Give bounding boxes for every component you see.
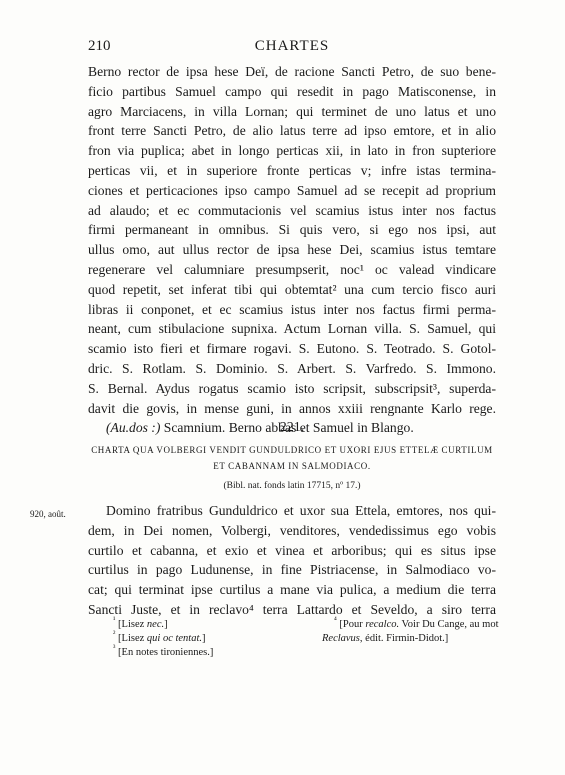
text-line: curtilo et cabanna, et exio et vinea et … bbox=[88, 541, 496, 561]
text-line: curtilus in pago Ludunense, in fine Pist… bbox=[88, 560, 496, 580]
footnote-mark: ⁴ bbox=[334, 615, 337, 624]
text-line: ad alaudo; et ec commutacionis vel scami… bbox=[88, 201, 496, 221]
text-line: dem, in Dei nomen, Volbergi, venditores,… bbox=[88, 521, 496, 541]
text-line: dric. S. Rotlam. S. Dominio. S. Arbert. … bbox=[88, 359, 496, 379]
charter-text: Domino fratribus Gunduldrico et uxor sua… bbox=[88, 501, 496, 620]
text-line: perticas vii, et in superiore fronte per… bbox=[88, 161, 496, 181]
charter-title: CHARTA QUA VOLBERGI VENDIT GUNDULDRICO E… bbox=[88, 442, 496, 474]
charter-title-line-1: CHARTA QUA VOLBERGI VENDIT GUNDULDRICO E… bbox=[88, 442, 496, 458]
footnote-3: ³ [En notes tironiennes.] bbox=[113, 646, 213, 660]
text-line: Domino fratribus Gunduldrico et uxor sua… bbox=[88, 501, 496, 521]
footnotes-right: ⁴ [Pour recalco. Voir Du Cange, au mot R… bbox=[322, 618, 512, 646]
footnotes-left: ¹ [Lisez nec.] ² [Lisez qui oc tentat.] … bbox=[113, 618, 213, 660]
text-line: ullus omo, aut ullus rector de ipsa hese… bbox=[88, 240, 496, 260]
page-header: 210 CHARTES bbox=[88, 38, 496, 58]
text-line: Sancti Juste, et in reclavo⁴ terra Latta… bbox=[88, 600, 496, 620]
text-line: regenerare vel calumniare presumpserit, … bbox=[88, 260, 496, 280]
text-line: Berno rector de ipsa hese Deï, de racion… bbox=[88, 62, 496, 82]
text-line: cat; qui terminat ipse curtilus a mane v… bbox=[88, 580, 496, 600]
charter-title-line-2: ET CABANNAM IN SALMODIACO. bbox=[88, 458, 496, 474]
charter-source: (Bibl. nat. fonds latin 17715, nº 17.) bbox=[88, 481, 496, 491]
footnote-4-cont: Reclavus, édit. Firmin-Didot.] bbox=[322, 632, 512, 646]
text-line: front terre Sancti Petro, de alio latus … bbox=[88, 121, 496, 141]
text-line: fron via puplica; abet in longo perticas… bbox=[88, 141, 496, 161]
footnote-mark: ² bbox=[113, 629, 115, 638]
previous-charter-text: Berno rector de ipsa hese Deï, de racion… bbox=[88, 62, 496, 438]
text-line: agro Marciacens, in villa Lornan; qui te… bbox=[88, 102, 496, 122]
footnote-mark: ³ bbox=[113, 643, 115, 652]
text-line: davit die govis, in mense guni, in annos… bbox=[88, 399, 496, 419]
text-line: quod repetit, set inferat tibi qui obtem… bbox=[88, 280, 496, 300]
text-line: S. Bernal. Aydus rogatus scamio isto scr… bbox=[88, 379, 496, 399]
text-line: ficio partibus Samuel campo qui resedit … bbox=[88, 82, 496, 102]
footnote-4: ⁴ [Pour recalco. Voir Du Cange, au mot bbox=[322, 618, 512, 632]
charter-number: 221. bbox=[88, 420, 496, 436]
text-line: neant, cum stibulacione supnixa. Actum L… bbox=[88, 319, 496, 339]
text-line: firmi permaneant in omnibus. Si quis ver… bbox=[88, 220, 496, 240]
footnote-mark: ¹ bbox=[113, 615, 115, 624]
footnote-1: ¹ [Lisez nec.] bbox=[113, 618, 213, 632]
text-line: libras ii conponet, et ec scamius istus … bbox=[88, 300, 496, 320]
margin-date: 920, août. bbox=[30, 509, 66, 519]
text-line: scamio isto fieri et firmare rogavi. S. … bbox=[88, 339, 496, 359]
text-line: ciones et perticaciones ipso campo Samue… bbox=[88, 181, 496, 201]
running-title: CHARTES bbox=[88, 38, 496, 55]
footnote-2: ² [Lisez qui oc tentat.] bbox=[113, 632, 213, 646]
